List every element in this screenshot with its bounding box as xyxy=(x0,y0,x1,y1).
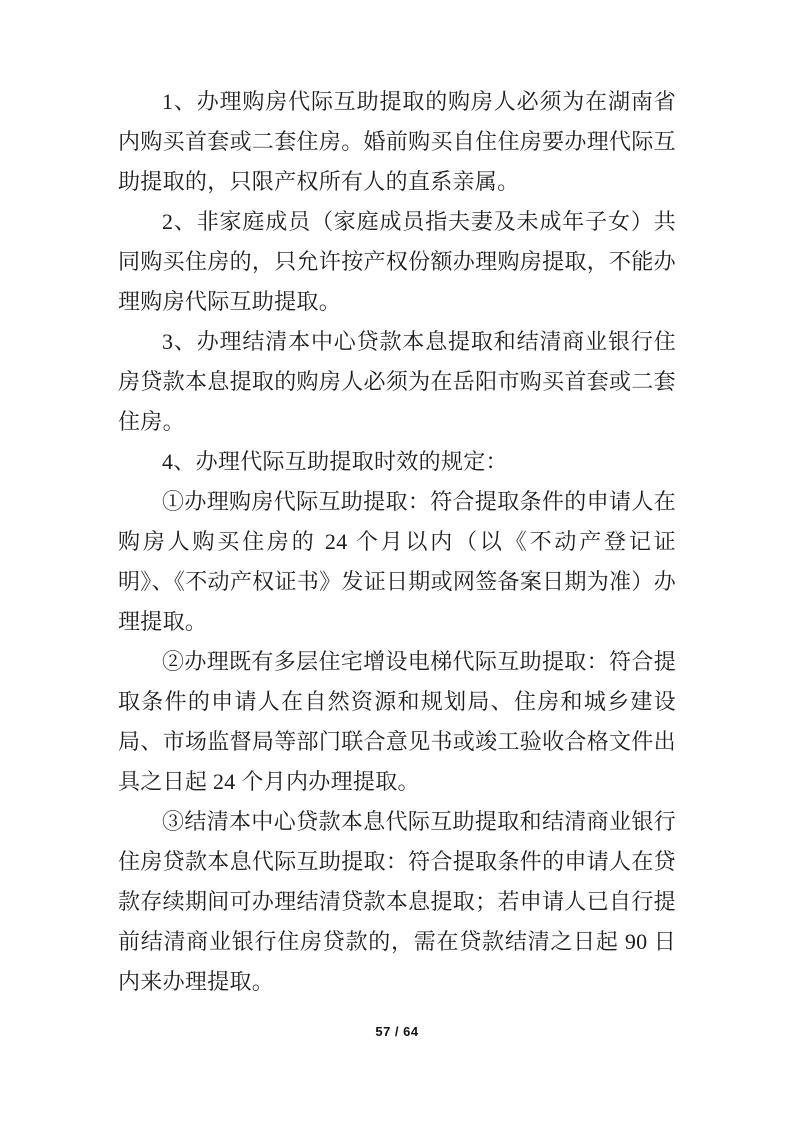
paragraph-item-1: ①办理购房代际互助提取：符合提取条件的申请人在购房人购买住房的 24 个月以内（… xyxy=(118,482,676,642)
document-page: 1、办理购房代际互助提取的购房人必须为在湖南省内购买首套或二套住房。婚前购买自住… xyxy=(0,0,794,1122)
paragraph-4-heading: 4、办理代际互助提取时效的规定： xyxy=(118,442,676,482)
page-number: 57 / 64 xyxy=(0,1024,794,1039)
paragraph-1: 1、办理购房代际互助提取的购房人必须为在湖南省内购买首套或二套住房。婚前购买自住… xyxy=(118,82,676,202)
paragraph-2: 2、非家庭成员（家庭成员指夫妻及未成年子女）共同购买住房的，只允许按产权份额办理… xyxy=(118,202,676,322)
paragraph-3: 3、办理结清本中心贷款本息提取和结清商业银行住房贷款本息提取的购房人必须为在岳阳… xyxy=(118,322,676,442)
document-body: 1、办理购房代际互助提取的购房人必须为在湖南省内购买首套或二套住房。婚前购买自住… xyxy=(118,82,676,1002)
paragraph-item-3: ③结清本中心贷款本息代际互助提取和结清商业银行住房贷款本息代际互助提取：符合提取… xyxy=(118,802,676,1002)
paragraph-item-2: ②办理既有多层住宅增设电梯代际互助提取：符合提取条件的申请人在自然资源和规划局、… xyxy=(118,642,676,802)
